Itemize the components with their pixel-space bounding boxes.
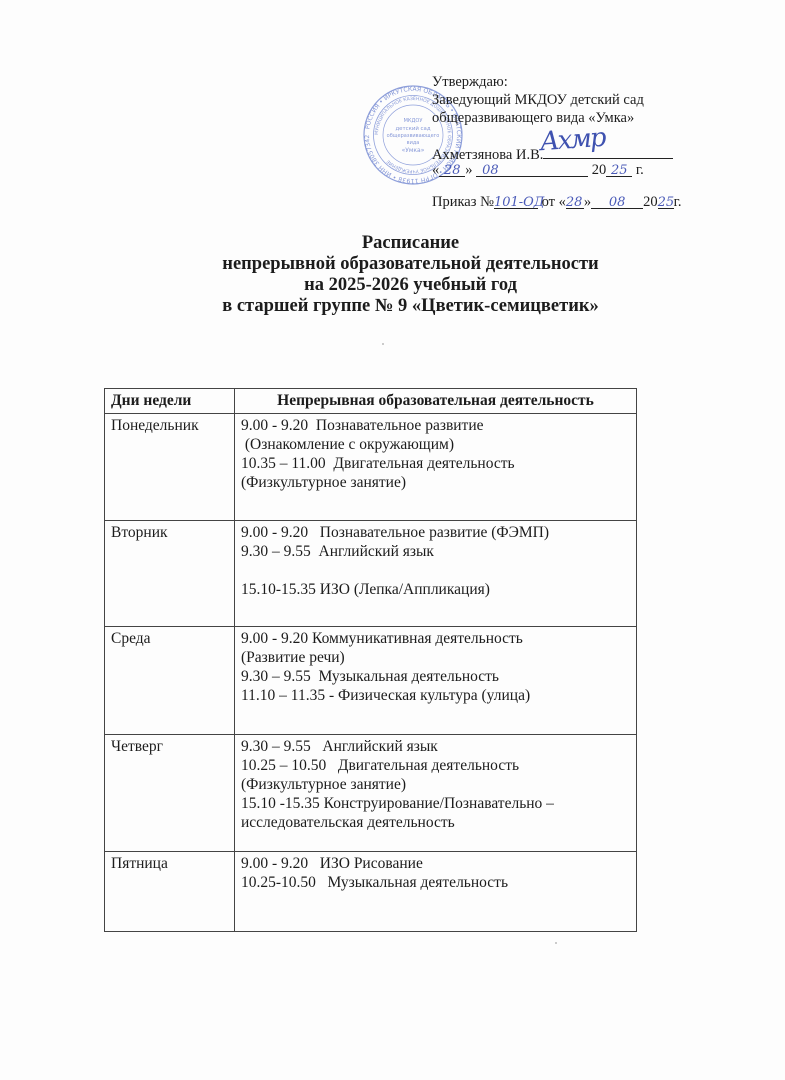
approval-heading: Утверждаю:: [432, 73, 682, 91]
activity-entry: 10.35 – 11.00 Двигательная деятельность: [241, 454, 630, 473]
approval-block: Утверждаю: Заведующий МКДОУ детский сад …: [432, 73, 682, 211]
activities-cell: 9.00 - 9.20 Коммуникативная деятельность…: [235, 627, 637, 735]
activity-entry: 10.25-10.50 Музыкальная деятельность: [241, 873, 630, 892]
activity-entry: 11.10 – 11.35 - Физическая культура (ули…: [241, 686, 630, 705]
activity-entry: (Физкультурное занятие): [241, 775, 630, 794]
activity-entry: 9.00 - 9.20 ИЗО Рисование: [241, 854, 630, 873]
header-activities: Непрерывная образовательная деятельность: [235, 389, 637, 414]
activity-entry: исследовательская деятельность: [241, 813, 630, 832]
title-line3: на 2025-2026 учебный год: [0, 275, 785, 296]
day-cell: Пятница: [105, 852, 235, 932]
table-row: Пятница9.00 - 9.20 ИЗО Рисование10.25-10…: [105, 852, 637, 932]
approver-position-line1: Заведующий МКДОУ детский сад: [432, 91, 682, 109]
activity-entry: 9.00 - 9.20 Познавательное развитие: [241, 416, 630, 435]
approval-date-line: «28» 08 2025 г.: [432, 161, 682, 179]
title-line2: непрерывной образовательной деятельности: [0, 254, 785, 275]
activities-cell: 9.00 - 9.20 Познавательное развитие (ФЭМ…: [235, 521, 637, 627]
approval-month: 08: [476, 163, 499, 178]
table-row: Вторник9.00 - 9.20 Познавательное развит…: [105, 521, 637, 627]
stamp-center-line2: детский сад: [395, 125, 430, 132]
schedule-table: Дни недели Непрерывная образовательная д…: [104, 388, 637, 932]
activities-cell: 9.30 – 9.55 Английский язык10.25 – 10.50…: [235, 735, 637, 852]
day-cell: Вторник: [105, 521, 235, 627]
approval-year: 25: [611, 163, 628, 178]
activity-entry: 15.10-15.35 ИЗО (Лепка/Аппликация): [241, 580, 630, 599]
activities-cell: 9.00 - 9.20 ИЗО Рисование10.25-10.50 Муз…: [235, 852, 637, 932]
activity-entry: 9.30 – 9.55 Английский язык: [241, 737, 630, 756]
day-cell: Четверг: [105, 735, 235, 852]
approver-name-line: Ахметзянова И.В. Ахмр: [432, 143, 682, 161]
activity-entry: 10.25 – 10.50 Двигательная деятельность: [241, 756, 630, 775]
approver-position-line2: общеразвивающего вида «Умка»: [432, 109, 682, 127]
order-line: Приказ №101-ОД от «28»082025г.: [432, 193, 682, 211]
stamp-center-line5: «Умка»: [402, 147, 425, 154]
day-cell: Понедельник: [105, 414, 235, 521]
signature: Ахмр: [539, 129, 605, 151]
activity-entry: 9.30 – 9.55 Английский язык: [241, 542, 630, 561]
scan-speck: [382, 343, 384, 345]
activity-entry: (Развитие речи): [241, 648, 630, 667]
stamp-center-line4: вида: [407, 140, 420, 146]
activity-entry: 9.00 - 9.20 Коммуникативная деятельность: [241, 629, 630, 648]
activity-entry: (Физкультурное занятие): [241, 473, 630, 492]
order-number: 101-ОД: [494, 195, 544, 210]
order-year: 25: [658, 195, 675, 210]
activity-entry: 15.10 -15.35 Конструирование/Познаватель…: [241, 794, 630, 813]
approval-day: 28: [444, 163, 461, 178]
scan-speck: [555, 942, 557, 944]
table-header-row: Дни недели Непрерывная образовательная д…: [105, 389, 637, 414]
activity-entry: 9.00 - 9.20 Познавательное развитие (ФЭМ…: [241, 523, 630, 542]
table-row: Понедельник9.00 - 9.20 Познавательное ра…: [105, 414, 637, 521]
activity-entry: (Ознакомление с окружающим): [241, 435, 630, 454]
table-row: Среда9.00 - 9.20 Коммуникативная деятель…: [105, 627, 637, 735]
day-cell: Среда: [105, 627, 235, 735]
title-line1: Расписание: [0, 233, 785, 254]
table-row: Четверг9.30 – 9.55 Английский язык10.25 …: [105, 735, 637, 852]
header-days: Дни недели: [105, 389, 235, 414]
order-day: 28: [566, 195, 583, 210]
document-title: Расписание непрерывной образовательной д…: [0, 233, 785, 317]
order-month: 08: [609, 195, 626, 210]
activities-cell: 9.00 - 9.20 Познавательное развитие (Озн…: [235, 414, 637, 521]
activity-entry: 9.30 – 9.55 Музыкальная деятельность: [241, 667, 630, 686]
title-line4: в старшей группе № 9 «Цветик-семицветик»: [0, 296, 785, 317]
stamp-center-line1: МКДОУ: [404, 118, 423, 124]
activity-entry: [241, 561, 630, 580]
